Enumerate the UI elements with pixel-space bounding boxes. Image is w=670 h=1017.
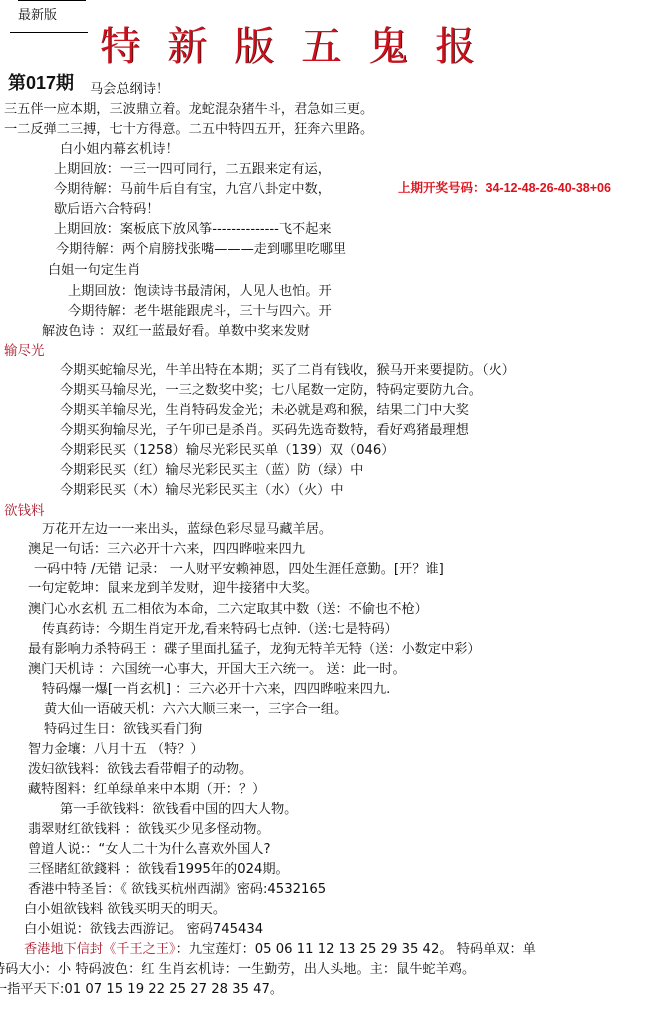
want-money-line: 特码爆一爆[一肖玄机] ：三六必开十六来，四四晔啦来四九. — [42, 681, 390, 698]
poem-line: 三五伴一应本期，三波鼎立着。龙蛇混杂猪牛斗，君急如三更。 — [4, 101, 373, 118]
bai-xiaojie-replay: 上期回放：一三一四可同行，二五跟来定有运， — [54, 161, 331, 178]
lose-all-line: 今期买马输尽光，一三之数奖中奖；七八尾数一定防，特码定要防九合。 — [60, 382, 482, 399]
want-money-line: 智力金壤：八月十五 （特？） — [28, 741, 204, 758]
hk-envelope-label: 香港地下信封《千王之王》 — [24, 942, 176, 957]
want-money-line: 翡翠财红欲钱料 ：欲钱买少见多怪动物。 — [28, 821, 270, 838]
hk-envelope-line2: 特码大小：小 特码波色：红 生肖玄机诗：一生勤劳，出人头地。主：鼠牛蛇羊鸡。 — [0, 961, 475, 978]
lose-all-line: 今期买蛇输尽光，牛羊出特在本期；买了二肖有钱收，猴马开来要提防。（火） — [60, 362, 515, 379]
want-money-line: 澳门天机诗 ：六国统一心事大，开国大王六统一。 送：此一时。 — [28, 661, 406, 678]
baijie-pending: 今期待解：老牛堪能跟虎斗，三十与四六。开 — [68, 303, 332, 320]
poem-heading: 马会总纲诗！ — [90, 81, 169, 98]
issue-number: 第017期 — [8, 69, 74, 95]
want-money-line: 白小姐说：欲钱去西游记。 密码745434 — [24, 921, 263, 938]
want-money-line: 三怪睹紅欲錢料 ：欲钱看1995年的024期。 — [28, 861, 289, 878]
lose-all-heading: 输尽光 — [4, 343, 45, 360]
want-money-heading: 欲钱料 — [4, 503, 45, 520]
lose-all-line: 今期彩民买（红）输尽光彩民买主（蓝）防（绿）中 — [60, 462, 363, 479]
last-draw-numbers: 34-12-48-26-40-38+06 — [486, 181, 611, 195]
want-money-line: 藏特图料：红单绿单来中本期（开：？） — [28, 781, 265, 798]
hk-envelope-line: 香港地下信封《千王之王》：九宝莲灯：05 06 11 12 13 25 29 3… — [24, 941, 536, 958]
bai-xiaojie-pending: 今期待解：马前牛后自有宝，九宫八卦定中数， — [54, 181, 331, 198]
lose-all-line: 今期买狗输尽光，子午卯已是杀肖。买码先选奇数特，看好鸡猪最理想 — [60, 422, 469, 439]
want-money-line: 泼妇欲钱料：欲钱去看带帽子的动物。 — [28, 761, 252, 778]
poem-line: 一二反弹二三搏，七十方得意。二五中特四五开，狂奔六里路。 — [4, 121, 373, 138]
xiehouyu-replay: 上期回放：案板底下放风筝--------------飞不起来 — [54, 221, 332, 238]
want-money-line: 特码过生日：欲钱买看门狗 — [44, 721, 202, 738]
bai-xiaojie-heading: 白小姐内幕玄机诗！ — [60, 141, 179, 158]
want-money-line: 曾道人说:：“女人二十为什么喜欢外国人? — [28, 841, 270, 858]
want-money-line: 香港中特圣旨：《 欲钱买杭州西湖》密码:4532165 — [28, 881, 326, 898]
xiehouyu-heading: 歇后语六合特码！ — [54, 201, 160, 218]
lose-all-line: 今期彩民买（1258）输尽光彩民买单（139）双（046） — [60, 442, 394, 459]
want-money-line: 一码中特 /无错 记录： 一人财平安赖神恩，四处生涯任意勤。[开？谁] — [34, 561, 444, 578]
want-money-line: 澳门心水玄机 五二相依为本命，二六定取其中数（送：不偷也不枪） — [28, 601, 428, 618]
want-money-line: 最有影响力杀特码王 ：碟子里面扎猛子，龙狗无特羊无特（送：小数定中彩） — [28, 641, 481, 658]
baijie-replay: 上期回放：饱读诗书最清闲，人见人也怕。开 — [68, 283, 332, 300]
lose-all-line: 今期买羊输尽光，生肖特码发金光；未必就是鸡和猴，结果二门中大奖 — [60, 402, 469, 419]
page-title: 特新版五鬼报 — [100, 22, 502, 72]
want-money-line: 黄大仙一语破天机：六六大顺三来一，三字合一组。 — [44, 701, 347, 718]
wave-poem: 解波色诗 ：双红一蓝最好看。单数中奖来发财 — [42, 323, 310, 340]
want-money-line: 白小姐欲钱料 欲钱买明天的明天。 — [24, 901, 226, 918]
hk-envelope-line3: 一指平天下:01 07 15 19 22 25 27 28 35 47。 — [0, 981, 283, 998]
edition-rule — [10, 32, 88, 33]
want-money-line: 万花开左边一一来出头，蓝绿色彩尽显马藏羊居。 — [42, 521, 332, 538]
want-money-line: 澳足一句话：三六必开十六来，四四晔啦来四九 — [28, 541, 305, 558]
edition-label: 最新版 — [18, 4, 57, 23]
hk-envelope-text: ：九宝莲灯：05 06 11 12 13 25 29 35 42。 特码单双：单 — [176, 942, 536, 957]
lose-all-line: 今期彩民买（木）输尽光彩民买主（水）（火）中 — [60, 482, 344, 499]
want-money-line: 第一手欲钱料：欲钱看中国的四大人物。 — [60, 801, 297, 818]
top-rule — [18, 0, 86, 1]
last-draw-label: 上期开奖号码： — [398, 181, 486, 195]
baijie-heading: 白姐一句定生肖 — [48, 262, 140, 279]
last-draw-result: 上期开奖号码：34-12-48-26-40-38+06 — [398, 178, 611, 196]
want-money-line: 一句定乾坤：鼠来龙到羊发财，迎牛接猪中大奖。 — [28, 580, 318, 597]
want-money-line: 传真药诗：今期生肖定开龙,看来特码七点钟.（送:七是特码） — [42, 621, 398, 638]
xiehouyu-pending: 今期待解：两个肩膀找张嘴———走到哪里吃哪里 — [56, 241, 346, 258]
